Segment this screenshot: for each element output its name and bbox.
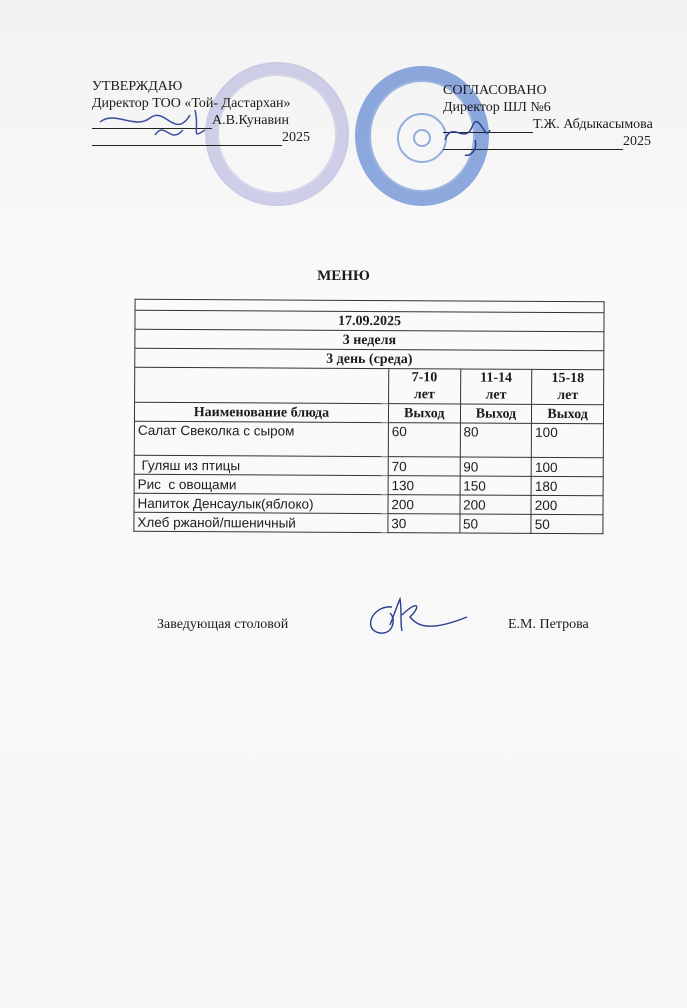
table-row: Хлеб ржаной/пшеничный 30 50 50 bbox=[134, 512, 603, 533]
footer-name: Е.М. Петрова bbox=[508, 617, 589, 633]
age-group-header: 11-14лет bbox=[460, 369, 532, 404]
agreement-block: СОГЛАСОВАНО Директор ШЛ №6 Т.Ж. Абдыкасы… bbox=[443, 82, 663, 150]
dish-name-header: Наименование блюда bbox=[134, 402, 388, 422]
menu-date: 17.09.2025 bbox=[135, 310, 604, 331]
table-row: Рис с овощами 130 150 180 bbox=[134, 474, 603, 495]
menu-day: 3 день (среда) bbox=[135, 348, 604, 369]
menu-week: 3 неделя bbox=[135, 329, 604, 350]
age-group-header: 7-10лет bbox=[388, 369, 460, 404]
page-title: МЕНЮ bbox=[0, 268, 687, 285]
document-page: УТВЕРЖДАЮ Директор ТОО «Той- Дастархан» … bbox=[0, 0, 687, 1008]
approval-position: Директор ТОО «Той- Дастархан» bbox=[92, 95, 342, 112]
approval-year: 2025 bbox=[282, 130, 310, 145]
age-group-header: 15-18лет bbox=[532, 369, 604, 404]
agreement-heading: СОГЛАСОВАНО bbox=[443, 82, 663, 99]
agreement-year: 2025 bbox=[623, 134, 651, 149]
approval-heading: УТВЕРЖДАЮ bbox=[92, 78, 342, 95]
table-row: Салат Свеколка с сыром 60 80 100 bbox=[134, 421, 603, 457]
signature-footer-icon bbox=[362, 595, 472, 640]
menu-table: 17.09.2025 3 неделя 3 день (среда) 7-10л… bbox=[133, 299, 604, 534]
footer-role: Заведующая столовой bbox=[157, 617, 288, 633]
approval-name: А.В.Кунавин bbox=[212, 113, 289, 128]
table-row: Гуляш из птицы 70 90 100 bbox=[134, 455, 603, 476]
approval-block: УТВЕРЖДАЮ Директор ТОО «Той- Дастархан» … bbox=[92, 78, 342, 146]
output-header: Выход bbox=[388, 404, 460, 423]
output-header: Выход bbox=[532, 404, 604, 423]
agreement-position: Директор ШЛ №6 bbox=[443, 99, 663, 116]
table-row: Напиток Денсаулык(яблоко) 200 200 200 bbox=[134, 493, 603, 514]
state-emblem-icon bbox=[397, 113, 447, 163]
agreement-name: Т.Ж. Абдыкасымова bbox=[533, 117, 653, 132]
output-header: Выход bbox=[460, 404, 532, 423]
